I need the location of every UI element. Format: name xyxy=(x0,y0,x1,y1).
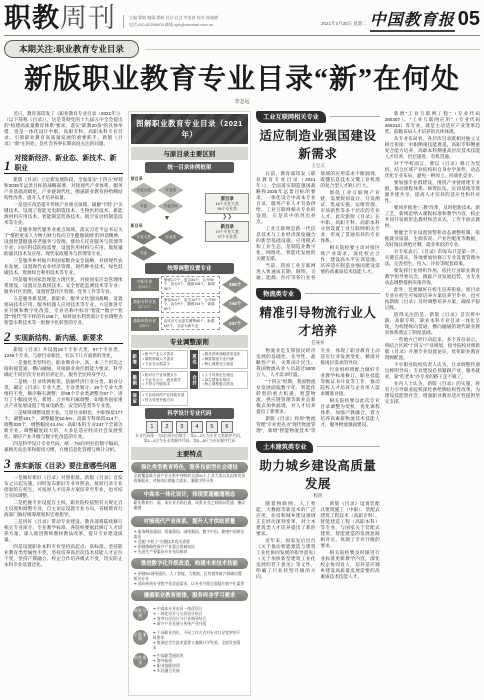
catalog-structure-diagram: 原目录 专业大类专业类专业专业方向 ▼ 新目录 专业大类专业类专业 原目录 xyxy=(131,175,249,261)
main-article-sections: 1 对接新经济、新业态、新技术、新职业 新版《目录》立足新发展阶段，全面落实“十… xyxy=(4,152,123,568)
old-catalog-label: 原目录 xyxy=(131,176,204,182)
stat-line: 99个专业类 xyxy=(206,207,248,212)
feature-bullet: 围绕5G网络通讯、人工智能、大数据、区块链等新兴领域设置相关专业 xyxy=(134,572,246,582)
section-number: 3 xyxy=(4,458,11,470)
feature-blocks: 强化类型教育特色，服务技能型社会建设 全面覆盖联合国产业分类中列明的全部41个工… xyxy=(131,462,249,676)
principle-list: 相对应产业规模太小专业布点少、就业面窄不符合升级需求 xyxy=(140,371,189,389)
weekly-logo: 职教周刊 xyxy=(4,5,116,32)
article-section: 3 落实新版《目录》要注意哪些问题 一是做好新旧《目录》对照衔接。新版《目录》自… xyxy=(4,458,123,568)
body-paragraph: 对于学校而言，要以《目录》修订为契机，结合区域产业结构和自身办学条件，动态优化专… xyxy=(385,161,480,179)
section-paragraphs: 一是做好新旧《目录》对照衔接。新版《目录》自发布之日起实施，同时发布新旧专业对照… xyxy=(4,475,123,568)
body-paragraph: 业内人士认为，新版《目录》的实施，将有力引导职业院校深化供给侧结构性改革，为建设… xyxy=(385,381,480,405)
body-paragraph: 近年来，国家先后出台《关于推动智能建造与建筑工业化协同发展的指导意见》《关于加快… xyxy=(256,538,315,580)
level-diamond: 专业类 xyxy=(158,230,184,245)
body-paragraph: 值得关注的是，新版《目录》首次将中职、高职专科、职业本科专业目录一体化呈现，为构… xyxy=(385,312,480,336)
body-paragraph: 三是用好《目录》带动专业建设。教育部将陆续修订相关专业简介、专业教学标准，各院校… xyxy=(4,519,123,543)
feature-header: 中高本一体化设计，体现贯通融通理念 xyxy=(131,489,249,500)
group-bullet: 军民融合发展 xyxy=(153,669,184,674)
adjustment-row: 高职本科专业 原80个 由试点专业更名调整80个、新增167个，全部为新专业 2… xyxy=(131,315,249,332)
group-bullet: 既满足学生就业需要又兼顾升学发展、全面发展需求 xyxy=(153,641,244,651)
arrow-down-icon: ▼ xyxy=(131,215,204,222)
code-digit: 6 xyxy=(221,421,233,433)
old-catalog-stat: 原目录 19个专业大类99个专业类 xyxy=(205,193,249,214)
kicker-row: 工业互联网相关专业 xyxy=(256,111,380,123)
principle-list: 人才培养定位相近岗位群基本相同核心课程重合度高 xyxy=(199,371,248,389)
focus-row: 本期关注:职业教育专业目录 xyxy=(4,40,480,58)
article-headline: 精准引导物流行业人才培养 xyxy=(256,303,380,339)
adjustment-detail: 保留414个、更名167个、合并69个、拆分9个、撤销194个、新增85个 xyxy=(161,296,221,314)
body-paragraph: 要健全专业设置预警和动态调整机制，依据就业质量、生源状况、产业匹配度等数据，及时… xyxy=(385,230,480,248)
feature-bullet: 服务制造强国、质量强国、网络强国、数字中国、健康中国建设需求 xyxy=(134,530,246,540)
section-number: 2 xyxy=(4,331,11,343)
chevron-down-icon: ❯❯ xyxy=(222,215,232,220)
body-paragraph: 从专业布局看，各层次目录既相对独立又相互衔接：中职侧重技能奠基，高职专科侧重复合… xyxy=(385,136,480,160)
infographic-column: 图解职业教育专业目录（2021年） 与原目录主要区别 统一目录体例框架 原目录 … xyxy=(128,111,252,696)
page-number: 05 xyxy=(458,9,480,29)
main-article-column: 近日，教育部印发了《职业教育专业目录（2021年）》（以下简称《目录》），这是贯… xyxy=(4,111,123,696)
principle-bullet: 符合转型升级方向 xyxy=(143,398,186,403)
code-design-badge: 科学设计专业代码 xyxy=(145,408,235,419)
code-digit: 5 xyxy=(206,421,218,433)
credits-line-1: 主编:翟帆 编辑:翟帆 设计:白念 李坚真 校对:郭诚德 xyxy=(129,15,218,21)
principle-tag: 保留 xyxy=(131,391,139,406)
body-paragraph: 三是统筹调整设置专业。与原目录相比，中职保留177个、调整181个，调整幅度50… xyxy=(4,410,123,440)
old-count: 原321个 xyxy=(132,285,158,289)
sidebar-article: 土木建筑类专业 助力城乡建设高质量发展 程鸿 随着物联网、人工智能、大数据等新技… xyxy=(256,441,380,581)
old-catalog-levels: 专业大类专业类专业专业方向 xyxy=(131,183,204,214)
principle-item: 新增 新兴产业人才需求紧缺领域人才需求专业布点数量少 xyxy=(131,350,189,368)
body-paragraph: 二是统一目录体例框架。依据经济行业分类、职业分类，确定《目录》专业大类、专业类划… xyxy=(4,379,123,409)
main-article-intro: 近日，教育部印发了《职业教育专业目录（2021年）》（以下简称《目录》），这是贯… xyxy=(4,111,123,147)
feature-block: 中高本一体化设计，体现贯通融通理念 职业教育中、高、本专业名称打通，同类专业之间… xyxy=(131,489,249,514)
body-paragraph: 二是把握专业设置自主权。职业院校依照有关规定自主设置和调整专业，自主论证设置专业… xyxy=(4,500,123,518)
principle-item: 更名 服务国家战略需求变化精准描述专业内涵核心课程交叉重复 xyxy=(190,350,248,368)
principle-tag: 更名 xyxy=(190,350,198,368)
body-paragraph: 要发挥行业组织作用，依托行业职业教育教学指导委员会，跟踪产业发展趋势，为专业动态… xyxy=(385,268,480,286)
newspaper-page: 职教周刊 主编:翟帆 编辑:翟帆 设计:白念 李坚真 校对:郭诚德 电话:010… xyxy=(0,0,484,700)
body-paragraph: 二是服务现代服务业重点领域。落实习近平总书记关于“要把更多人力物力财力投向卫生健… xyxy=(4,227,123,257)
level-diamond: 专业大类 xyxy=(131,183,157,198)
masthead: 职教周刊 主编:翟帆 编辑:翟帆 设计:白念 李坚真 校对:郭诚德 电话:010… xyxy=(4,5,480,32)
body-paragraph: 近日，教育部印发了《职业教育专业目录（2021年）》（以下简称《目录》），这是贯… xyxy=(4,111,123,147)
principle-bullet: 不符合升级需求 xyxy=(143,382,186,387)
code-digit: 1 xyxy=(146,421,158,433)
article-headline: 助力城乡建设高质量发展 xyxy=(256,456,380,492)
section-heading: 3 落实新版《目录》要注意哪些问题 xyxy=(4,458,123,472)
body-paragraph: 新版《目录》共设置19个专业大类、97个专业类、1349个专业，与原目录相比，有… xyxy=(4,347,123,359)
issue-date: 2021年3月30日 星期二 xyxy=(321,21,367,27)
group-label-circle: 统筹 处理 xyxy=(133,606,148,621)
principle-list: 服务国家战略需求变化精准描述专业内涵核心课程交叉重复 xyxy=(199,350,248,368)
principle-list: 专业面向的产业持续发展符合转型升级方向 xyxy=(140,391,189,406)
feature-block: 推进数字化升级改造，构建未来技术技能 围绕5G网络通讯、人工智能、大数据、区块链… xyxy=(131,558,249,588)
group-list: 中高职贯通培养海外拓展职业技能培训军民融合发展 xyxy=(150,653,187,675)
article-kicker: 物流类专业 xyxy=(256,288,301,300)
article-body: 随着物联网、人工智能、大数据等新技术的广泛应用，住房和城乡建设领域正在经历深刻变… xyxy=(256,501,380,581)
body-paragraph: 一是适应改造提升传统产业重点领域，破解“卡脖子”关键技术，设置了智能光电制造技术… xyxy=(4,202,123,226)
group-bullet: 新兴产业发展与传统产业升级 xyxy=(153,622,207,627)
principle-bullet: 核心课程交叉重复 xyxy=(202,362,245,367)
body-paragraph: 一些地方已经行动起来。多个省份表示，将结合区域“十四五”产业规划，指导院校对照新… xyxy=(385,337,480,361)
level-diamond: 专业类 xyxy=(158,183,184,198)
body-paragraph: 相关院校要及时跟进行业标准更新教学内容，深化校企协同育人，培养适应城乡建设高质量… xyxy=(320,550,379,580)
body-paragraph: 有专家表示，《目录》的发布只是第一步，关键在落实。各地要加快修订专业设置管理办法… xyxy=(385,249,480,267)
section-paragraphs: 新版《目录》共设置19个专业大类、97个专业类、1349个专业，与原目录相比，有… xyxy=(4,347,123,453)
focus-divider xyxy=(145,49,480,50)
section-title: 实现新结构、新内涵、新要求 xyxy=(15,332,103,342)
infographic-section2-header: 专业调整原则 xyxy=(131,335,249,348)
paper-name: 中国教育报 xyxy=(370,7,455,32)
weekly-logo-bold: 职教 xyxy=(4,3,60,33)
total-badge: 358个 xyxy=(222,276,248,293)
section-title: 对接新经济、新业态、新技术、新职业 xyxy=(15,152,123,172)
level-diamond: 专业大类 xyxy=(131,230,157,245)
article-kicker: 工业互联网相关专业 xyxy=(256,111,326,123)
section-paragraphs: 新版《目录》立足新发展阶段，全面落实“十四五”规划和2035年远景目标的战略部署… xyxy=(4,177,123,326)
old-count: 原80个 xyxy=(132,324,158,328)
principle-tag: 撤销 xyxy=(131,371,139,389)
body-paragraph: 要同步推进“三教”改革，及时把新技术、新工艺、新规范纳入课程标准和教学内容，校企… xyxy=(385,205,480,229)
feature-text: 全面覆盖联合国产业分类中列明的全部41个工业大类以及国家发布的新职业；对接岗位群… xyxy=(131,473,249,485)
kicker-row: 物流类专业 xyxy=(256,288,380,300)
feature-group: 培养 需求 中高职贯通培养海外拓展职业技能培训军民融合发展 xyxy=(133,653,247,675)
group-bullet: 不同职业岗位、不同工作方式对专业口径宽窄的不同要求 xyxy=(153,631,244,641)
body-paragraph: 四是服务国家治理能力现代化，对接国家应急管理体系建设，设置应急救援技术、安全智能… xyxy=(4,277,123,295)
principle-item: 合并 人才培养定位相近岗位群基本相同核心课程重合度高 xyxy=(190,371,248,389)
feature-block: 遵循职业教育规律，服务终身学习需求 统筹 处理 xyxy=(131,590,249,676)
article-section: 2 实现新结构、新内涵、新要求 新版《目录》共设置19个专业大类、97个专业类、… xyxy=(4,331,123,454)
new-catalog-levels: 专业大类专业类专业 xyxy=(131,230,204,261)
adjustment-row: 中职专业 原321个 保留177个、更名84个、合并59个、拆分2个、撤销108… xyxy=(131,276,249,294)
section-heading: 2 实现新结构、新内涵、新要求 xyxy=(4,331,123,345)
code-digit: 2 xyxy=(161,421,173,433)
masthead-rule xyxy=(4,35,480,36)
new-catalog-label: 新目录 xyxy=(131,223,204,229)
edition-credits: 主编:翟帆 编辑:翟帆 设计:白念 李坚真 校对:郭诚德 电话:010-8229… xyxy=(123,15,218,28)
body-paragraph: 此外，还要做好在校生培养衔接。原目录专业在校生可按原培养方案培养至毕业，也可按新… xyxy=(385,287,480,311)
adjustment-badge: 统筹调整设置专业 xyxy=(145,263,235,274)
body-paragraph: 物流业是支撑国民经济发展的基础性、先导性、战略性产业，关系国计民生。我国物流从业… xyxy=(256,348,315,378)
paper-info: 2021年3月30日 星期二 中国教育报 05 xyxy=(321,7,480,32)
body-paragraph: 新增“工业互联网工程”（专业代码280307）、“工业互联网应用”（专业代码46… xyxy=(385,111,480,135)
sidebar-articles: 工业互联网相关专业 适应制造业强国建设新需求 王宝义 日前，教育部印发《职业教育… xyxy=(256,111,380,581)
adjustment-row: 高职专科专业 原779个 保留414个、更名167个、合并69个、拆分9个、撤销… xyxy=(131,296,249,314)
level-name: 高职专科专业 原779个 xyxy=(131,298,159,311)
diagram-left: 原目录 专业大类专业类专业专业方向 ▼ 新目录 专业大类专业类专业 xyxy=(131,175,204,261)
level-diamond: 专业 xyxy=(131,246,157,261)
feature-header: 遵循职业教育规律，服务终身学习需求 xyxy=(131,590,249,601)
sidebar-articles-column: 工业互联网相关专业 适应制造业强国建设新需求 王宝义 日前，教育部印发《职业教育… xyxy=(256,111,380,696)
feature-group: 全面 兼顾 不同职业岗位、不同工作方式对专业口径宽窄的不同要求既满足学生就业需要… xyxy=(133,630,247,652)
infographic: 图解职业教育专业目录（2021年） 与原目录主要区别 统一目录体例框架 原目录 … xyxy=(128,111,252,696)
article-body: 日前，教育部印发《职业教育专业目录（2021年）》，全面落实制造强国战略和203… xyxy=(256,171,380,281)
feature-block: 对接现代产业体系，提升人才供给质量 服务制造强国、质量强国、网络强国、数字中国、… xyxy=(131,516,249,556)
principle-tag: 合并 xyxy=(190,371,198,389)
level-name: 中职专业 原321个 xyxy=(131,278,159,291)
body-paragraph: 日前，教育部印发《职业教育专业目录（2021年）》，全面落实制造强国战略和203… xyxy=(256,171,315,225)
feature-list: 服务制造强国、质量强国、网络强国、数字中国、健康中国建设需求适配“卡脖子”关键技… xyxy=(131,529,249,556)
adjustment-rows: 中职专业 原321个 保留177个、更名84个、合并59个、拆分2个、撤销108… xyxy=(131,276,249,333)
level-name: 高职本科专业 原80个 xyxy=(131,317,159,330)
article-byline: 任豪祥 xyxy=(256,340,380,346)
feature-list: 围绕5G网络通讯、人工智能、大数据、区块链等新兴领域设置相关专业面向传统专业数字… xyxy=(131,571,249,588)
body-paragraph: 四是设置职业本科专业坚持高起点、高标准。坚持职业教育类型属性不变，坚持培养高层次… xyxy=(4,544,123,568)
diagram-stats: 原目录 19个专业大类99个专业类 ❯❯ 新目录 19个专业大类97个专业类 xyxy=(206,193,248,242)
feature-groups: 统筹 处理 中高本专业布局一体化设计一体化设计与分层设计结合宽窄口径设计与行业指… xyxy=(131,606,249,675)
new-catalog-stat: 新目录 19个专业大类97个专业类 xyxy=(205,221,249,242)
principle-item: 保留 专业面向的产业持续发展符合转型升级方向 xyxy=(131,391,189,406)
body-paragraph: 三是服务乡村振兴和国家粮食安全战略，对接现代农业发展，设置现代农业经济管理、现代… xyxy=(4,258,123,276)
infographic-section1-header: 与原目录主要区别 xyxy=(131,147,249,160)
feature-header: 强化类型教育特色，服务技能型社会建设 xyxy=(131,462,249,473)
section-number: 1 xyxy=(4,160,11,172)
stat-line: 97个专业类 xyxy=(206,235,248,240)
body-paragraph: 一是强化类型特色。职业教育中、高、本三个层次之间衔接贯通、横向融通，对接职业岗位… xyxy=(4,360,123,378)
infographic-section4-header: 主要特点 xyxy=(131,447,249,460)
body-paragraph: “十四五”时期，我国物流业发展面临数字化、智能化转型的重大机遇，智慧物流、供应链… xyxy=(256,379,315,415)
code-digit-boxes: 123456 xyxy=(131,421,249,433)
code-caption: 专业代码统一为6位阿拉伯数字：第1—2位为专业大类顺序代码，第3—4位为专业类顺… xyxy=(134,434,246,444)
code-digit: 4 xyxy=(191,421,203,433)
level-diamond: 专业 xyxy=(131,199,157,214)
feature-bullet: 先进生产要素向专业布局倾斜 xyxy=(134,550,246,555)
feature-group: 统筹 处理 中高本专业布局一体化设计一体化设计与分层设计结合宽窄口径设计与行业指… xyxy=(133,606,247,628)
feature-list xyxy=(131,603,249,605)
article-kicker: 土木建筑类专业 xyxy=(256,441,313,453)
body-paragraph: 新版《目录》设置装配式建筑施工（中职）、装配式建筑工程技术（高职专科）、智能建造… xyxy=(320,501,379,549)
feature-list xyxy=(131,485,249,487)
principle-bullet: 专业布点数量少 xyxy=(143,362,186,367)
article-section: 1 对接新经济、新业态、新技术、新职业 新版《目录》立足新发展阶段，全面落实“十… xyxy=(4,152,123,326)
feature-bullet: 面向传统专业数字化改造需求，以专业升级全面提升数字化素养 xyxy=(134,582,246,587)
body-paragraph: 随着物联网、人工智能、大数据等新技术的广泛应用，住房和城乡建设领域正在经历深刻变… xyxy=(256,501,315,537)
main-headline: 新版职业教育专业目录“新”在何处 xyxy=(4,65,480,96)
body-paragraph: 相关院校要以此次专业目录调整为契机，优化课程体系，加强产教融合，着力培养高素质物… xyxy=(320,398,379,428)
feature-header: 对接现代产业体系，提升人才供给质量 xyxy=(131,516,249,527)
feature-header: 推进数字化升级改造，构建未来技术技能 xyxy=(131,558,249,569)
article-body: 物流业是支撑国民经济发展的基础性、先导性、战略性产业，关系国计民生。我国物流从业… xyxy=(256,348,380,434)
old-count: 原779个 xyxy=(132,305,158,309)
total-badge: 744个 xyxy=(222,296,248,313)
article-headline: 适应制造业强国建设新需求 xyxy=(256,126,380,162)
body-paragraph: 四是科学设计专业代码，统一为6位阿拉伯数字编码，兼顾历史沿革和使用习惯，方便信息… xyxy=(4,441,123,453)
framework-badge: 统一目录体例框架 xyxy=(145,162,235,173)
credits-line-2: 电话:010-82296603 邮箱:zjzk@edumail.com.cn xyxy=(129,22,218,28)
feature-list xyxy=(131,512,249,514)
body-paragraph: 不少职业院校负责人认为，目录调整传递出鲜明导向：专业建设必须紧跟产业、服务就业，… xyxy=(385,362,480,380)
group-list: 不同职业岗位、不同工作方式对专业口径宽窄的不同要求既满足学生就业需要又兼顾升学发… xyxy=(150,630,247,652)
body-paragraph: 相关院校要主动对接区域产业需求，深化校企合作，建设高水平实训基地，培养适应制造业… xyxy=(320,245,379,275)
principle-list: 新兴产业人才需求紧缺领域人才需求专业布点数量少 xyxy=(140,350,189,368)
continuation-paragraphs: 新增“工业互联网工程”（专业代码280307）、“工业互联网应用”（专业代码46… xyxy=(385,111,480,405)
feature-text: 职业教育中、高、本专业名称打通，同类专业之间纵向贯通、横向融通 xyxy=(131,500,249,512)
principle-grid: 新增 新兴产业人才需求紧缺领域人才需求专业布点数量少 更名 服务国家战略需求变化… xyxy=(131,350,249,406)
kicker-divider xyxy=(330,116,380,117)
body-paragraph: 五是服务新基建、新职业，服务文化强国战略，设置密码技术应用、服务机器人应用技术等… xyxy=(4,296,123,326)
level-diamond: 专业方向 xyxy=(158,199,184,214)
adjustment-detail: 由试点专业更名调整80个、新增167个，全部为新专业 xyxy=(161,317,221,330)
section-title: 落实新版《目录》要注意哪些问题 xyxy=(15,460,117,470)
feature-block: 强化类型教育特色，服务技能型社会建设 全面覆盖联合国产业分类中列明的全部41个工… xyxy=(131,462,249,487)
body-paragraph: 要加强专业群建设，围绕产业链组建专业群，推动课程体系、师资队伍、实训基地等资源共… xyxy=(385,180,480,204)
focus-label: 本期关注:职业教育专业目录 xyxy=(4,40,139,58)
adjustment-detail: 保留177个、更名84个、合并59个、拆分2个、撤销108个、新增36个 xyxy=(161,276,221,294)
main-byline: 李志远 xyxy=(4,98,480,105)
content-columns: 近日，教育部印发了《职业教育专业目录（2021年）》（以下简称《目录》），这是贯… xyxy=(4,111,480,696)
continuation-column: 新增“工业互联网工程”（专业代码280307）、“工业互联网应用”（专业代码46… xyxy=(385,111,480,696)
sidebar-article: 物流类专业 精准引导物流行业人才培养 任豪祥 物流业是支撑国民经济发展的基础性、… xyxy=(256,288,380,434)
principle-tag: 新增 xyxy=(131,350,139,368)
article-byline: 王宝义 xyxy=(256,163,380,169)
infographic-title: 图解职业教育专业目录（2021年） xyxy=(131,114,249,144)
total-badge: 247个 xyxy=(222,315,248,332)
kicker-row: 土木建筑类专业 xyxy=(256,441,380,453)
code-digit: 3 xyxy=(176,421,188,433)
kicker-divider xyxy=(317,446,379,447)
principle-item: 撤销 相对应产业规模太小专业布点少、就业面窄不符合升级需求 xyxy=(131,371,189,389)
body-paragraph: 工业互联网是新一代信息技术与工业经济深度融合的新型基础设施、应用模式和工业生态，… xyxy=(256,226,315,262)
kicker-divider xyxy=(305,293,380,294)
body-paragraph: 新版《目录》立足新发展阶段，全面落实“十四五”规划和2035年远景目标的战略部署… xyxy=(4,177,123,201)
body-paragraph: 围绕工业互联网产业链，需要规划设计、开发测试、集成实施、运维管理、市场销售等多个… xyxy=(320,190,379,244)
group-list: 中高本专业布局一体化设计一体化设计与分层设计结合宽窄口径设计与行业指导结合新兴产… xyxy=(150,606,210,628)
section-heading: 1 对接新经济、新业态、新技术、新职业 xyxy=(4,152,123,174)
principle-bullet: 核心课程重合度高 xyxy=(202,382,245,387)
body-paragraph: 行业组织将配合做好专业教学标准修订、职业技能等级证书开发等工作，推动院校人才培养… xyxy=(320,367,379,397)
weekly-logo-light: 周刊 xyxy=(60,3,116,33)
group-label-circle: 培养 需求 xyxy=(133,653,148,668)
body-paragraph: 一是做好新旧《目录》对照衔接。新版《目录》自发布之日起实施，同时发布新旧专业对照… xyxy=(4,475,123,499)
group-label-circle: 全面 兼顾 xyxy=(133,630,148,645)
article-byline: 程鸿 xyxy=(256,493,380,499)
sidebar-article: 工业互联网相关专业 适应制造业强国建设新需求 王宝义 日前，教育部印发《职业教育… xyxy=(256,111,380,281)
